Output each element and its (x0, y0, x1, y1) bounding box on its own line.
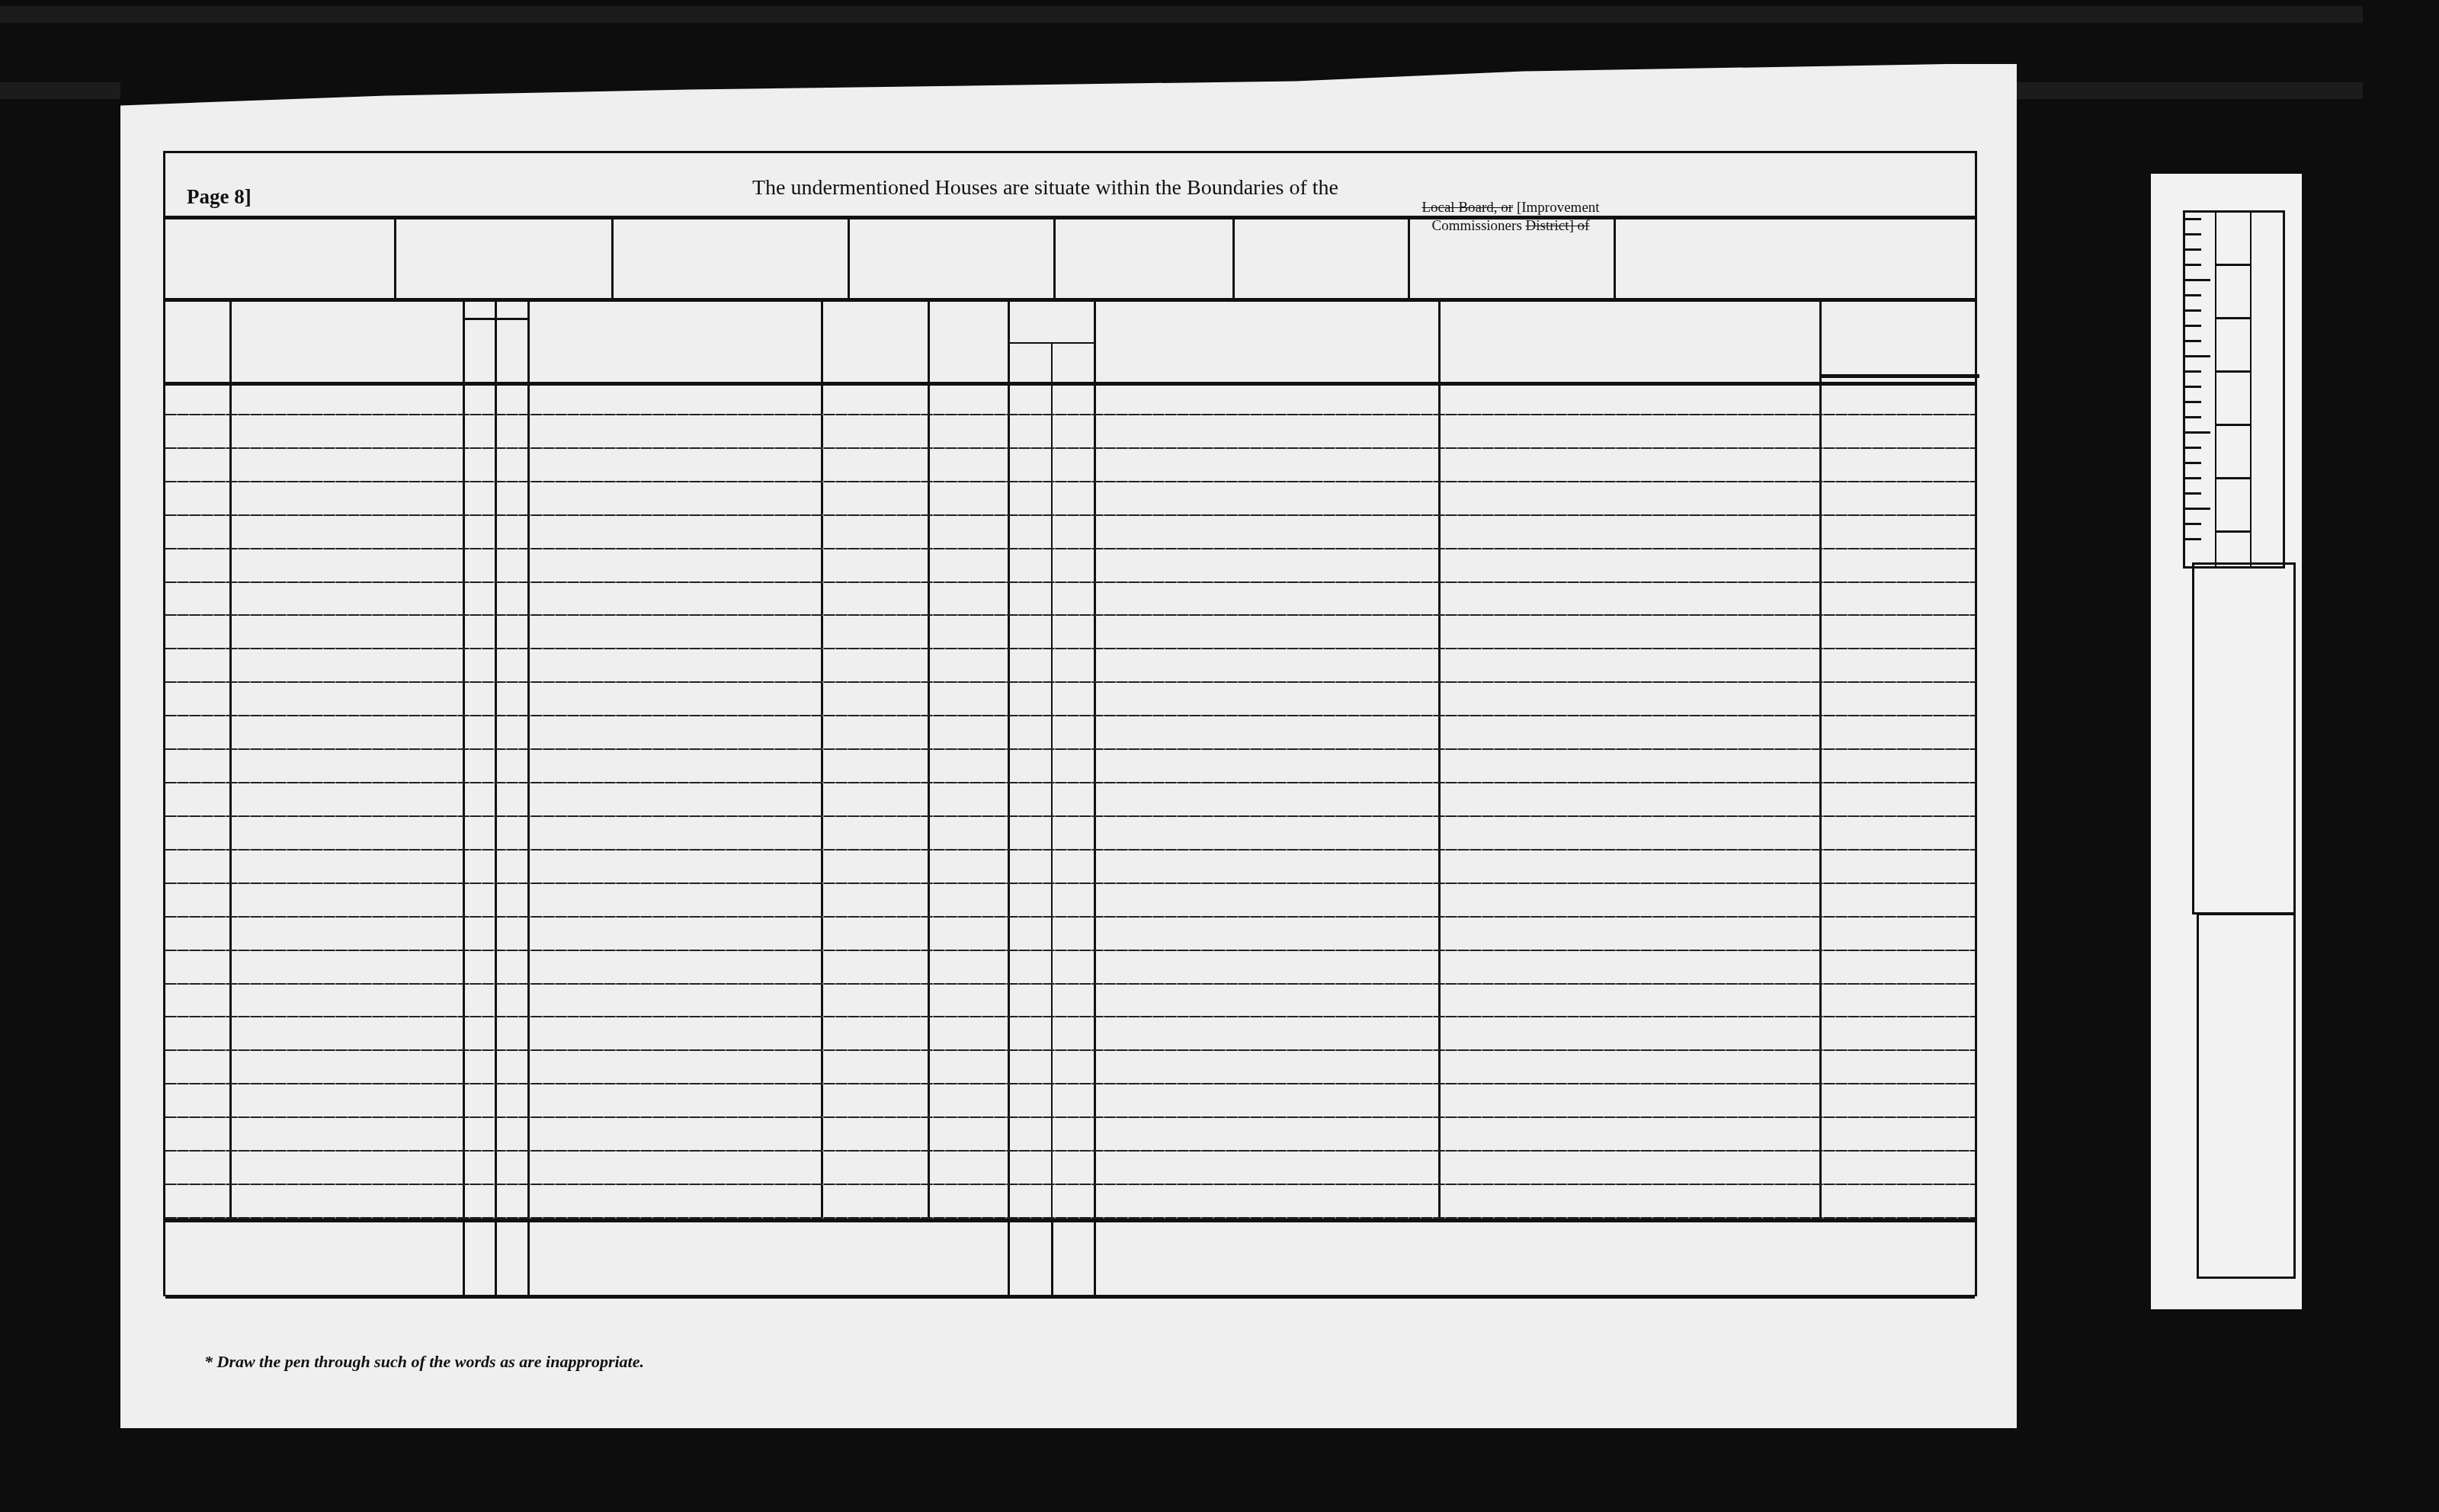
table-row (165, 1118, 1975, 1152)
row-rule (165, 447, 1975, 449)
rule (463, 318, 527, 320)
row-rule (165, 414, 1975, 415)
scale-tick (2184, 477, 2201, 479)
scale-tick (2184, 523, 2201, 525)
column-rule (1438, 298, 1441, 1219)
scale-tick (2184, 340, 2201, 342)
column-rule (495, 298, 497, 1219)
scale-divider (2216, 264, 2250, 266)
rule (394, 216, 396, 298)
rule (165, 382, 1975, 386)
rule (165, 298, 1975, 302)
rule (1819, 374, 1979, 378)
scale-divider (2216, 477, 2250, 479)
column-rule (495, 1219, 497, 1295)
row-rule (165, 748, 1975, 750)
table-row (165, 1017, 1975, 1051)
row-rule (165, 1184, 1975, 1185)
table-row (165, 683, 1975, 716)
table-row (165, 549, 1975, 583)
scale-divider (2216, 424, 2250, 426)
scale-tick (2184, 447, 2201, 449)
copyright-box (2197, 913, 2296, 1279)
scale-tick (2184, 370, 2201, 373)
table-row (165, 616, 1975, 649)
scale-tick (2184, 386, 2201, 388)
row-rule (165, 548, 1975, 549)
rule (1408, 216, 1410, 298)
row-rule (165, 916, 1975, 918)
reference-box (2192, 562, 2296, 915)
table-row (165, 783, 1975, 817)
scale-tick (2184, 248, 2201, 251)
scale-tick (2184, 325, 2201, 327)
column-rule (1008, 298, 1010, 1219)
boundaries-title: The undermentioned Houses are situate wi… (752, 176, 1338, 200)
row-rule (165, 1083, 1975, 1084)
rule (1008, 342, 1094, 344)
scale-tick (2184, 462, 2201, 464)
table-row (165, 850, 1975, 884)
table-row (165, 716, 1975, 750)
table-row (165, 1152, 1975, 1185)
scale-tick (2184, 431, 2210, 434)
rule (848, 216, 850, 298)
column-rule (1051, 1219, 1053, 1295)
column-rule (527, 298, 530, 1219)
row-rule (165, 950, 1975, 951)
row-rule (165, 883, 1975, 884)
reference-card (2151, 174, 2302, 1309)
scale-tick (2184, 218, 2201, 220)
column-rule (1094, 1219, 1096, 1295)
label-text: Commissioners District] of (1408, 217, 1614, 235)
rule (165, 1219, 1975, 1222)
page-label: Page 8] (187, 185, 252, 209)
rule (165, 1295, 1975, 1299)
table-row (165, 482, 1975, 516)
scale-tick (2184, 538, 2201, 540)
row-rule (165, 681, 1975, 683)
rule (165, 216, 1975, 219)
row-rule (165, 1150, 1975, 1152)
row-rule (165, 983, 1975, 985)
table-row (165, 750, 1975, 783)
label-text: Local Board, or [Improvement (1408, 199, 1614, 217)
table-row (165, 951, 1975, 985)
row-rule (165, 815, 1975, 817)
table-row (165, 1185, 1975, 1219)
table-row (165, 649, 1975, 683)
scale-tick (2184, 508, 2210, 510)
table-row (165, 1084, 1975, 1118)
scale-tick (2184, 309, 2201, 312)
row-rule (165, 1016, 1975, 1017)
table-row (165, 1051, 1975, 1084)
table-row (165, 918, 1975, 951)
row-rule (165, 614, 1975, 616)
scale-rule (2250, 210, 2252, 569)
film-band (0, 6, 2363, 23)
scale-tick (2184, 401, 2201, 403)
row-rule (165, 715, 1975, 716)
table-row (165, 985, 1975, 1018)
table-row (165, 449, 1975, 482)
scale-tick (2184, 233, 2201, 235)
row-rule (165, 782, 1975, 783)
scale-divider (2216, 370, 2250, 373)
row-rule (165, 1116, 1975, 1118)
column-rule (1008, 1219, 1010, 1295)
scale-tick (2184, 294, 2201, 296)
row-rule (165, 849, 1975, 850)
table-row (165, 415, 1975, 449)
column-rule (928, 298, 930, 1219)
scale-tick (2184, 355, 2210, 357)
scale-tick (2184, 492, 2201, 495)
column-rule (1051, 342, 1053, 1219)
table-row (165, 382, 1975, 415)
scale-tick (2184, 279, 2210, 281)
scale-divider (2216, 530, 2250, 533)
column-rule (1819, 298, 1822, 1219)
column-rule (527, 1219, 530, 1295)
rule (1232, 216, 1235, 298)
row-rule (165, 481, 1975, 482)
row-rule (165, 1049, 1975, 1051)
row-rule (165, 581, 1975, 583)
census-form: Page 8] The undermentioned Houses are si… (163, 151, 1977, 1296)
table-row (165, 583, 1975, 617)
row-rule (165, 514, 1975, 516)
scale-tick (2184, 416, 2201, 418)
row-rule (165, 648, 1975, 649)
table-row (165, 516, 1975, 549)
column-rule (229, 298, 232, 1219)
rule (1614, 216, 1616, 298)
footnote: * Draw the pen through such of the words… (204, 1352, 644, 1372)
scale-tick (2184, 264, 2201, 266)
scale-divider (2216, 317, 2250, 319)
rule (611, 216, 614, 298)
column-rule (463, 298, 465, 1219)
column-rule (463, 1219, 465, 1295)
column-rule (1094, 298, 1096, 1219)
rule (1053, 216, 1056, 298)
column-rule (821, 298, 823, 1219)
table-row (165, 884, 1975, 918)
table-row (165, 817, 1975, 850)
